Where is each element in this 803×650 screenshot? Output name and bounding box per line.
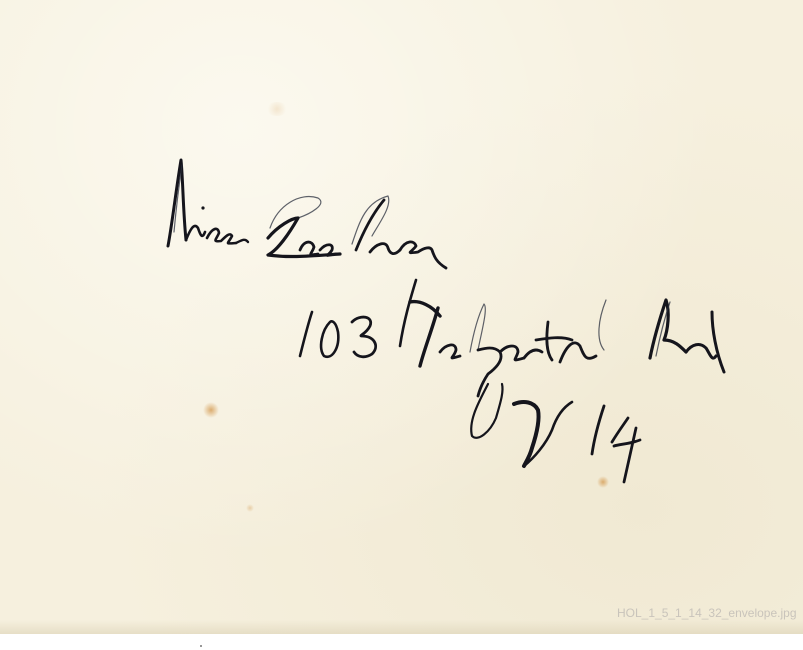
address-line-1-ink xyxy=(168,160,446,268)
address-line-2-ink xyxy=(300,280,724,396)
scan-speck xyxy=(200,645,202,647)
handwriting xyxy=(0,0,803,634)
address-line-3-ink xyxy=(471,384,640,482)
filename-watermark: HOL_1_5_1_14_32_envelope.jpg xyxy=(617,606,797,621)
envelope: Miss Lasher 103 Talgarth Rd W 14 HOL_1_5… xyxy=(0,0,803,634)
